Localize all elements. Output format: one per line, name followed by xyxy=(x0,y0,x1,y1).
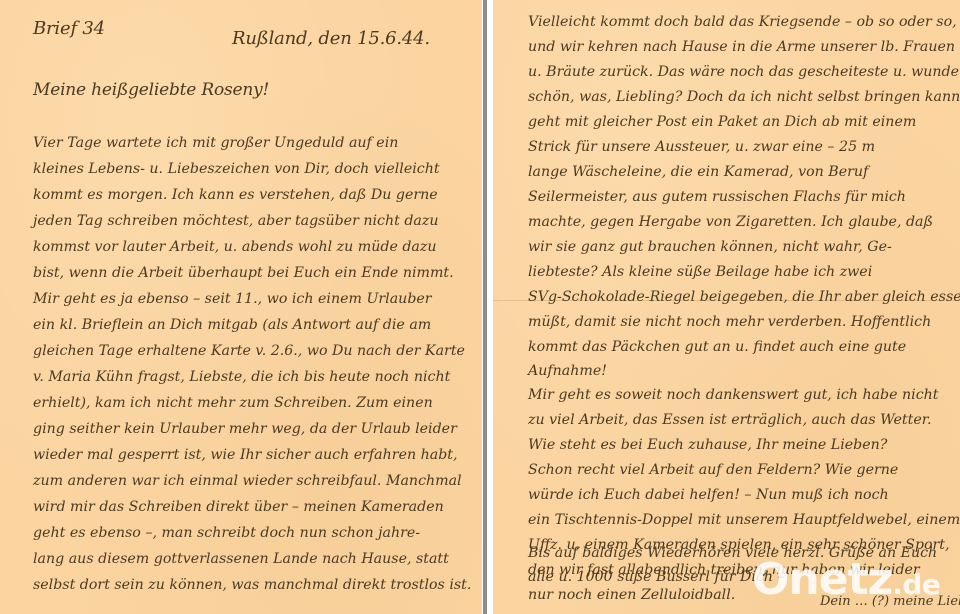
text-line: zu viel Arbeit, das Essen ist erträglich… xyxy=(528,407,931,433)
text-line: ging seither kein Urlauber mehr weg, da … xyxy=(33,416,457,442)
salutation: Meine heißgeliebte Roseny! xyxy=(33,80,269,100)
place-date: Rußland, den 15.6.44. xyxy=(232,28,430,49)
text-line: kleines Lebens- u. Liebeszeichen von Dir… xyxy=(33,156,440,182)
closing-line: alle u. 1000 süße Busserl für Dich – xyxy=(528,564,785,590)
text-line: machte, gegen Hergabe von Zigaretten. Ic… xyxy=(528,209,933,235)
text-line: ein kl. Brieflein an Dich mitgab (als An… xyxy=(33,312,431,338)
text-line: lange Wäscheleine, die ein Kamerad, von … xyxy=(528,159,868,185)
text-line: selbst dort sein zu können, was manchmal… xyxy=(33,572,471,598)
text-line: wird mir das Schreiben direkt über – mei… xyxy=(33,494,444,520)
text-line: gleichen Tage erhaltene Karte v. 2.6., w… xyxy=(33,338,465,364)
letter-page-left: Brief 34 Rußland, den 15.6.44. Meine hei… xyxy=(0,0,482,614)
text-line: Schon recht viel Arbeit auf den Feldern?… xyxy=(528,457,898,483)
text-line: Mir geht es ja ebenso – seit 11., wo ich… xyxy=(33,286,432,312)
text-line: jeden Tag schreiben möchtest, aber tagsü… xyxy=(33,208,439,234)
text-line: kommt das Päckchen gut an u. findet auch… xyxy=(528,334,906,360)
text-line: Mir geht es soweit noch dankenswert gut,… xyxy=(528,382,939,408)
text-line: geht es ebenso –, man schreibt doch nun … xyxy=(33,520,420,546)
text-line: Strick für unsere Aussteuer, u. zwar ein… xyxy=(528,134,875,160)
text-line: müßt, damit sie nicht noch mehr verderbe… xyxy=(528,309,931,335)
text-line: erhielt), kam ich nicht mehr zum Schreib… xyxy=(33,390,433,416)
letter-number: Brief 34 xyxy=(33,18,105,39)
text-line: u. Bräute zurück. Das wäre noch das gesc… xyxy=(528,59,960,85)
text-line: Vier Tage wartete ich mit großer Ungedul… xyxy=(33,130,398,156)
text-line: SVg-Schokolade-Riegel beigegeben, die Ih… xyxy=(528,284,960,310)
watermark-brand: Onetz xyxy=(752,554,892,605)
onetz-watermark: Onetz.de xyxy=(752,558,940,602)
text-line: geht mit gleicher Post ein Paket an Dich… xyxy=(528,109,916,135)
text-line: kommst vor lauter Arbeit, u. abends wohl… xyxy=(33,234,437,260)
text-line: Aufnahme! xyxy=(528,358,607,384)
text-line: liebteste? Als kleine süße Beilage habe … xyxy=(528,259,872,285)
text-line: v. Maria Kühn fragst, Liebste, die ich b… xyxy=(33,364,450,390)
text-line: Wie steht es bei Euch zuhause, Ihr meine… xyxy=(528,432,887,458)
text-line: Seilermeister, aus gutem russischen Flac… xyxy=(528,184,906,210)
text-line: Vielleicht kommt doch bald das Kriegsend… xyxy=(528,9,957,35)
text-line: lang aus diesem gottverlassenen Lande na… xyxy=(33,546,449,572)
text-line: zum anderen war ich einmal wieder schrei… xyxy=(33,468,462,494)
letter-page-right: Vielleicht kommt doch bald das Kriegsend… xyxy=(493,0,960,614)
text-line: bist, wenn die Arbeit überhaupt bei Euch… xyxy=(33,260,454,286)
text-line: wieder mal gesperrt ist, wie Ihr sicher … xyxy=(33,442,458,468)
text-line: schön, was, Liebling? Doch da ich nicht … xyxy=(528,84,960,110)
text-line: würde ich Euch dabei helfen! – Nun muß i… xyxy=(528,482,889,508)
watermark-tld: .de xyxy=(892,568,940,601)
text-line: ein Tischtennis-Doppel mit unserem Haupt… xyxy=(528,507,960,533)
text-line: kommt es morgen. Ich kann es verstehen, … xyxy=(33,182,438,208)
text-line: wir sie ganz gut brauchen können, nicht … xyxy=(528,234,892,260)
text-line: und wir kehren nach Hause in die Arme un… xyxy=(528,34,955,60)
